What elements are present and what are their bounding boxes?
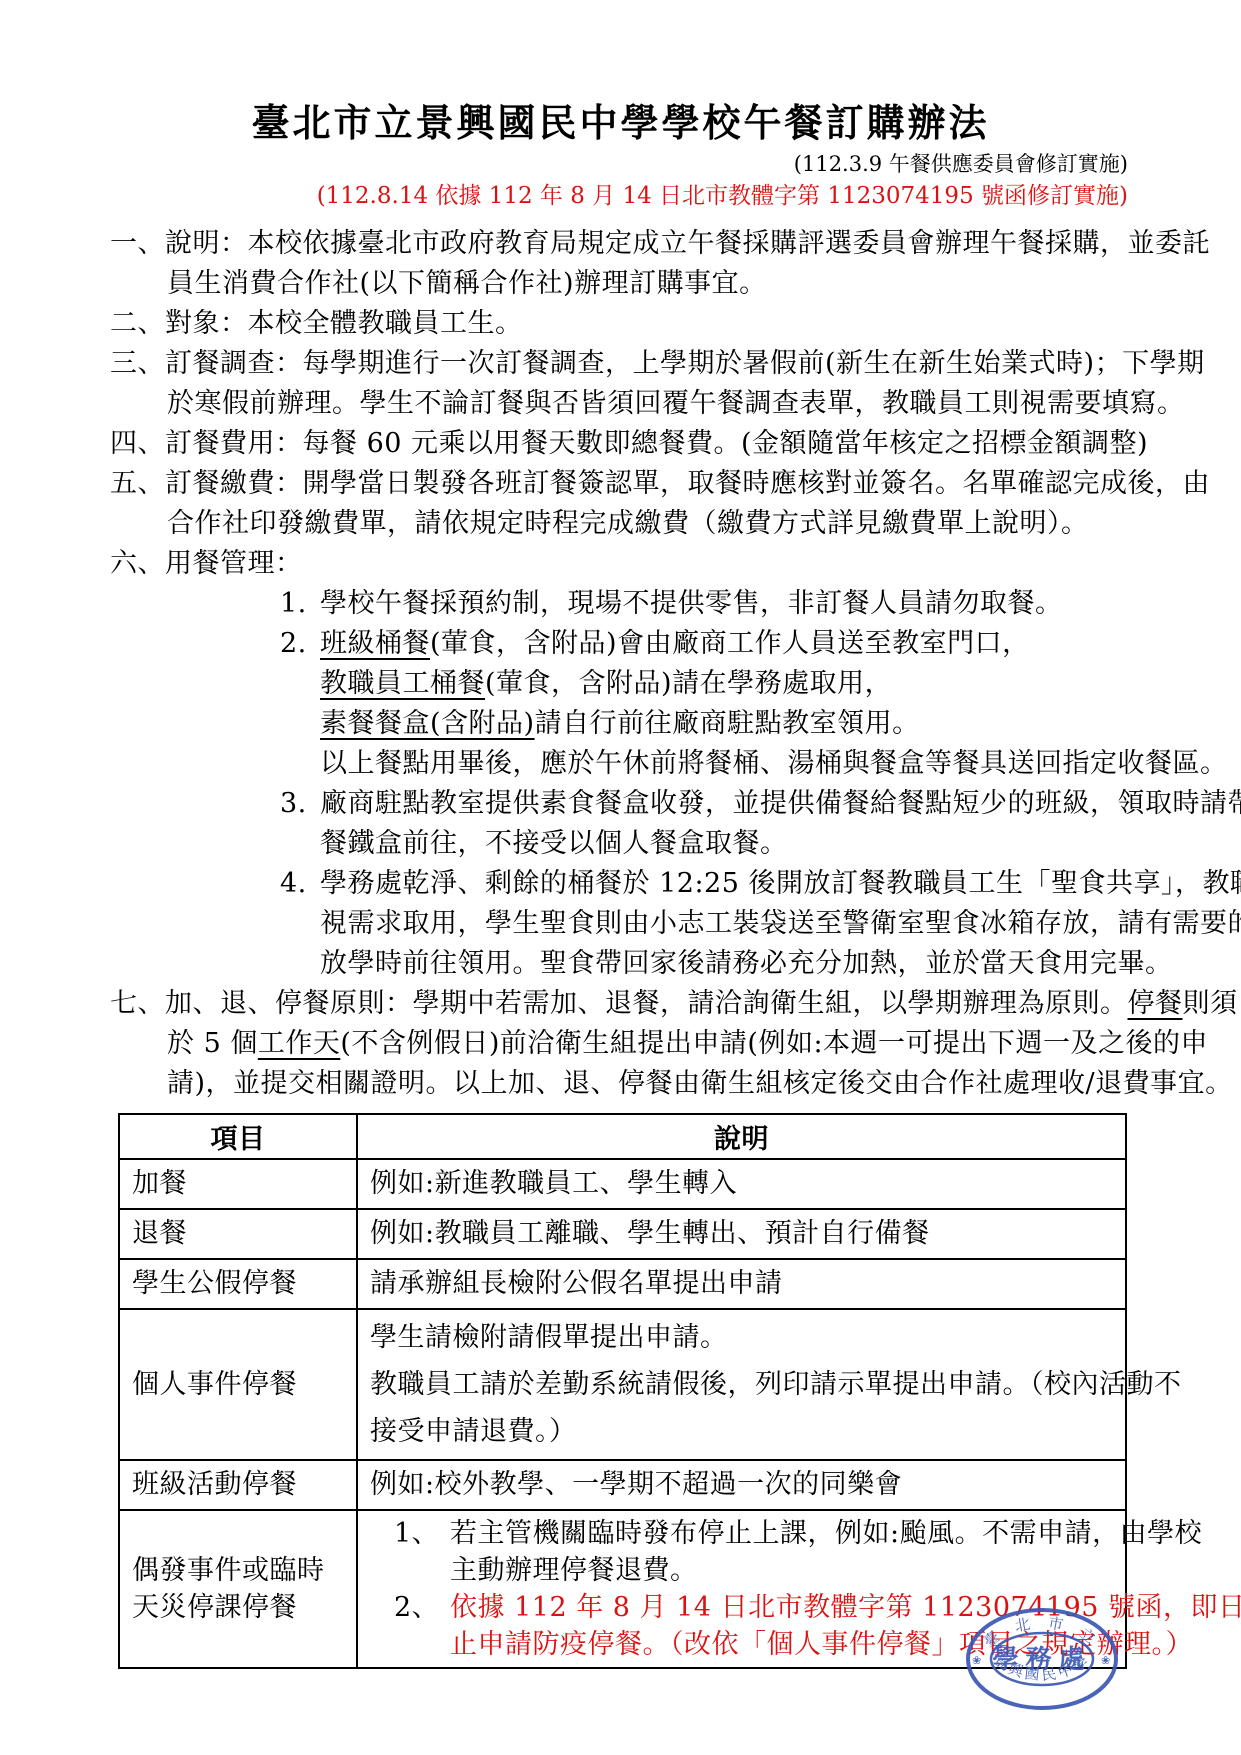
text-line: 六、用餐管理： <box>110 544 1170 584</box>
underlined-text: 停餐 <box>1128 988 1183 1019</box>
underlined-text: 教職員工桶餐 <box>320 668 485 699</box>
item-cell: 班級活動停餐 <box>119 1460 357 1510</box>
table-row: 個人事件停餐學生請檢附請假單提出申請。教職員工請於差勤系統請假後，列印請示單提出… <box>119 1309 1126 1460</box>
revision-note-letter: (112.8.14 依據 112 年 8 月 14 日北市教體字第 112307… <box>317 177 1128 210</box>
text-line: 例如:教職員工離職、學生轉出、預計自行備餐 <box>370 1214 1113 1254</box>
text-segment: 學生請檢附請假單提出申請。 <box>370 1322 728 1353</box>
list-marker: 4. <box>280 864 320 904</box>
item-cell: 加餐 <box>119 1159 357 1209</box>
text-line: 五、訂餐繳費：開學當日製發各班訂餐簽認單，取餐時應核對並簽名。名單確認完成後，由 <box>110 464 1170 504</box>
column-header-item: 項目 <box>119 1114 357 1159</box>
text-segment: 偶發事件或臨時 <box>132 1555 325 1586</box>
item-cell: 退餐 <box>119 1209 357 1259</box>
text-segment: 於 5 個 <box>167 1028 258 1059</box>
text-segment: 七、加、退、停餐原則：學期中若需加、退餐，請洽詢衛生組，以學期辦理為原則。 <box>110 988 1128 1019</box>
text-segment: 班級活動停餐 <box>132 1469 297 1500</box>
text-segment: 三、訂餐調查：每學期進行一次訂餐調查，上學期於暑假前(新生在新生始業式時)；下學… <box>110 348 1205 379</box>
text-line: 二、對象：本校全體教職員工生。 <box>110 304 1170 344</box>
text-segment: 加餐 <box>132 1168 187 1199</box>
text-line: 天災停課停餐 <box>132 1589 344 1626</box>
text-segment: 廠商駐點教室提供素食餐盒收發，並提供備餐給餐點短少的班級，領取時請帶班級桶 <box>320 788 1241 819</box>
text-line: 請)，並提交相關證明。以上加、退、停餐由衛生組核定後交由合作社處理收/退費事宜。 <box>110 1064 1170 1104</box>
item-cell: 學生公假停餐 <box>119 1259 357 1309</box>
text-line: 偶發事件或臨時 <box>132 1552 344 1589</box>
text-segment: 合作社印發繳費單，請依規定時程完成繳費（繳費方式詳見繳費單上說明）。 <box>167 508 1089 539</box>
text-segment: 教職員工請於差勤系統請假後，列印請示單提出申請。（校內活動不 <box>370 1369 1182 1400</box>
column-header-description: 說明 <box>357 1114 1126 1159</box>
text-segment: 學生公假停餐 <box>132 1268 297 1299</box>
item-cell: 偶發事件或臨時天災停課停餐 <box>119 1510 357 1668</box>
text-line: 1、若主管機關臨時發布停止上課，例如:颱風。不需申請，由學校 <box>370 1515 1113 1552</box>
text-segment: 例如:教職員工離職、學生轉出、預計自行備餐 <box>370 1218 930 1249</box>
text-segment: 餐鐵盒前往，不接受以個人餐盒取餐。 <box>320 828 788 859</box>
table-row: 加餐例如:新進教職員工、學生轉入 <box>119 1159 1126 1209</box>
underlined-text: 工作天 <box>258 1028 341 1059</box>
text-segment: 學校午餐採預約制，現場不提供零售，非訂餐人員請勿取餐。 <box>320 588 1063 619</box>
underlined-text: 素餐餐盒(含附品) <box>320 708 535 739</box>
list-marker: 2. <box>280 624 320 664</box>
item-cell: 個人事件停餐 <box>119 1309 357 1460</box>
text-line: 視需求取用，學生聖食則由小志工裝袋送至警衛室聖食冰箱存放，請有需要的同學於 <box>110 904 1170 944</box>
text-segment: 學務處乾淨、剩餘的桶餐於 12:25 後開放訂餐教職員工生「聖食共享」，教職員工… <box>320 868 1241 899</box>
description-cell: 請承辦組長檢附公假名單提出申請 <box>357 1259 1126 1309</box>
description-cell: 例如:校外教學、一學期不超過一次的同樂會 <box>357 1460 1126 1510</box>
text-segment: 一、說明：本校依據臺北市政府教育局規定成立午餐採購評選委員會辦理午餐採購，並委託 <box>110 228 1210 259</box>
text-line: 七、加、退、停餐原則：學期中若需加、退餐，請洽詢衛生組，以學期辦理為原則。停餐則… <box>110 984 1170 1024</box>
text-segment: 例如:新進教職員工、學生轉入 <box>370 1168 737 1199</box>
text-line: 學生公假停餐 <box>132 1262 344 1306</box>
text-segment: (葷食，含附品)請在學務處取用， <box>485 668 892 699</box>
text-line: 於寒假前辦理。學生不論訂餐與否皆須回覆午餐調查表單，教職員工則視需要填寫。 <box>110 384 1170 424</box>
text-line: 請承辦組長檢附公假名單提出申請 <box>370 1264 1113 1304</box>
description-cell: 例如:教職員工離職、學生轉出、預計自行備餐 <box>357 1209 1126 1259</box>
text-line: 餐鐵盒前往，不接受以個人餐盒取餐。 <box>110 824 1170 864</box>
text-line: 2.班級桶餐(葷食，含附品)會由廠商工作人員送至教室門口， <box>110 624 1170 664</box>
list-marker: 1、 <box>394 1515 450 1552</box>
text-line: 一、說明：本校依據臺北市政府教育局規定成立午餐採購評選委員會辦理午餐採購，並委託 <box>110 224 1170 264</box>
text-line: 退餐 <box>132 1212 344 1256</box>
text-line: 例如:新進教職員工、學生轉入 <box>370 1164 1113 1204</box>
text-segment: 六、用餐管理： <box>110 548 303 579</box>
text-segment: 依據 112 年 8 月 14 日北市教體字第 1123074195 號函，即日… <box>450 1592 1241 1623</box>
text-segment: 五、訂餐繳費：開學當日製發各班訂餐簽認單，取餐時應核對並簽名。名單確認完成後，由 <box>110 468 1210 499</box>
text-segment: 視需求取用，學生聖食則由小志工裝袋送至警衛室聖食冰箱存放，請有需要的同學於 <box>320 908 1241 939</box>
text-segment: (葷食，含附品)會由廠商工作人員送至教室門口， <box>430 628 1030 659</box>
text-segment: 主動辦理停餐退費。 <box>450 1555 698 1586</box>
table-row: 學生公假停餐請承辦組長檢附公假名單提出申請 <box>119 1259 1126 1309</box>
text-segment: 天災停課停餐 <box>132 1592 297 1623</box>
text-line: 員生消費合作社(以下簡稱合作社)辦理訂購事宜。 <box>110 264 1170 304</box>
revision-note-committee: (112.3.9 午餐供應委員會修訂實施) <box>794 148 1128 178</box>
text-segment: 請)，並提交相關證明。以上加、退、停餐由衛生組核定後交由合作社處理收/退費事宜。 <box>167 1068 1233 1099</box>
policy-table: 項目 說明 加餐例如:新進教職員工、學生轉入退餐例如:教職員工離職、學生轉出、預… <box>118 1113 1127 1669</box>
text-line: 合作社印發繳費單，請依規定時程完成繳費（繳費方式詳見繳費單上說明）。 <box>110 504 1170 544</box>
text-line: 學生請檢附請假單提出申請。 <box>370 1314 1113 1361</box>
text-line: 主動辦理停餐退費。 <box>370 1552 1113 1589</box>
text-line: 四、訂餐費用：每餐 60 元乘以用餐天數即總餐費。(金額隨當年核定之招標金額調整… <box>110 424 1170 464</box>
text-segment: 例如:校外教學、一學期不超過一次的同樂會 <box>370 1469 902 1500</box>
text-line: 個人事件停餐 <box>132 1361 344 1408</box>
table-row: 班級活動停餐例如:校外教學、一學期不超過一次的同樂會 <box>119 1460 1126 1510</box>
text-line: 三、訂餐調查：每學期進行一次訂餐調查，上學期於暑假前(新生在新生始業式時)；下學… <box>110 344 1170 384</box>
description-cell: 例如:新進教職員工、學生轉入 <box>357 1159 1126 1209</box>
seal-center-text: 學務處 <box>992 1645 1091 1675</box>
text-segment: 若主管機關臨時發布停止上課，例如:颱風。不需申請，由學校 <box>450 1518 1202 1549</box>
text-line: 4.學務處乾淨、剩餘的桶餐於 12:25 後開放訂餐教職員工生「聖食共享」，教職… <box>110 864 1170 904</box>
text-line: 例如:校外教學、一學期不超過一次的同樂會 <box>370 1465 1113 1505</box>
seal-flower-left-icon: ❀ <box>972 1654 981 1667</box>
text-line: 加餐 <box>132 1162 344 1206</box>
text-segment: 請承辦組長檢附公假名單提出申請 <box>370 1268 783 1299</box>
text-line: 以上餐點用畢後，應於午休前將餐桶、湯桶與餐盒等餐具送回指定收餐區。 <box>110 744 1170 784</box>
policy-body: 一、說明：本校依據臺北市政府教育局規定成立午餐採購評選委員會辦理午餐採購，並委託… <box>110 224 1170 1104</box>
description-cell: 學生請檢附請假單提出申請。教職員工請於差勤系統請假後，列印請示單提出申請。（校內… <box>357 1309 1126 1460</box>
underlined-text: 班級桶餐 <box>320 628 430 659</box>
list-marker: 1. <box>280 584 320 624</box>
text-line: 接受申請退費。） <box>370 1408 1113 1455</box>
text-line: 教職員工桶餐(葷食，含附品)請在學務處取用， <box>110 664 1170 704</box>
text-segment: 個人事件停餐 <box>132 1369 297 1400</box>
text-segment: 四、訂餐費用：每餐 60 元乘以用餐天數即總餐費。(金額隨當年核定之招標金額調整… <box>110 428 1148 459</box>
text-line: 1.學校午餐採預約制，現場不提供零售，非訂餐人員請勿取餐。 <box>110 584 1170 624</box>
text-segment: 退餐 <box>132 1218 187 1249</box>
text-segment: 則須 <box>1183 988 1238 1019</box>
text-line: 教職員工請於差勤系統請假後，列印請示單提出申請。（校內活動不 <box>370 1361 1113 1408</box>
text-segment: 請自行前往廠商駐點教室領用。 <box>535 708 920 739</box>
text-segment: 以上餐點用畢後，應於午休前將餐桶、湯桶與餐盒等餐具送回指定收餐區。 <box>320 748 1228 779</box>
text-segment: 接受申請退費。） <box>370 1416 577 1447</box>
text-line: 放學時前往領用。聖食帶回家後請務必充分加熱，並於當天食用完畢。 <box>110 944 1170 984</box>
text-segment: 於寒假前辦理。學生不論訂餐與否皆須回覆午餐調查表單，教職員工則視需要填寫。 <box>167 388 1185 419</box>
page-title: 臺北市立景興國民中學學校午餐訂購辦法 <box>0 92 1241 147</box>
table-header-row: 項目 說明 <box>119 1114 1126 1159</box>
text-line: 班級活動停餐 <box>132 1463 344 1507</box>
table-row: 退餐例如:教職員工離職、學生轉出、預計自行備餐 <box>119 1209 1126 1259</box>
list-marker: 2、 <box>394 1589 450 1626</box>
seal-flower-right-icon: ❀ <box>1101 1654 1110 1667</box>
list-marker: 3. <box>280 784 320 824</box>
text-segment: 員生消費合作社(以下簡稱合作社)辦理訂購事宜。 <box>167 268 767 299</box>
text-line: 於 5 個工作天(不含例假日)前洽衛生組提出申請(例如:本週一可提出下週一及之後… <box>110 1024 1170 1064</box>
text-segment: (不含例假日)前洽衛生組提出申請(例如:本週一可提出下週一及之後的申 <box>340 1028 1208 1059</box>
text-line: 3.廠商駐點教室提供素食餐盒收發，並提供備餐給餐點短少的班級，領取時請帶班級桶 <box>110 784 1170 824</box>
text-line: 素餐餐盒(含附品)請自行前往廠商駐點教室領用。 <box>110 704 1170 744</box>
student-affairs-office-seal: 臺 北 市 立 景興國民中學 學務處 ❀ ❀ <box>962 1606 1122 1712</box>
text-segment: 放學時前往領用。聖食帶回家後請務必充分加熱，並於當天食用完畢。 <box>320 948 1173 979</box>
text-segment: 二、對象：本校全體教職員工生。 <box>110 308 523 339</box>
document-page: { "page": { "title": "臺北市立景興國民中學學校午餐訂購辦法… <box>0 0 1241 1755</box>
